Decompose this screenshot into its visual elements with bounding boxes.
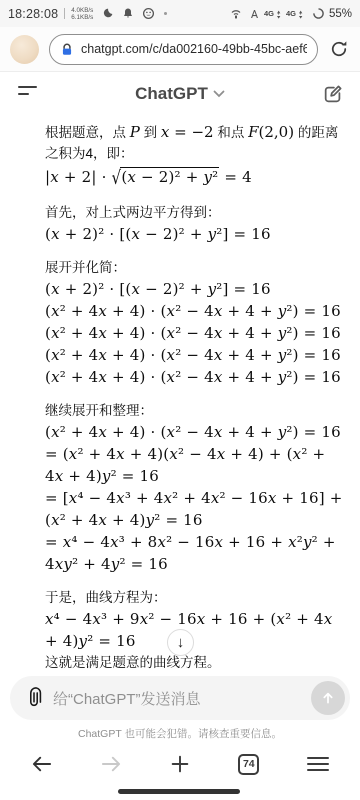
site-avatar[interactable]: [10, 35, 39, 64]
page-title: ChatGPT: [135, 84, 208, 104]
message-section: 展开并化简： (x + 2)² · [(x − 2)² + y²] = 16 (…: [45, 257, 346, 388]
sim1-signal-icon: 4G: [264, 8, 283, 20]
model-selector[interactable]: ChatGPT: [135, 84, 225, 104]
formula: (x + 2)² · [(x − 2)² + y²] = 16: [45, 278, 346, 300]
vowifi-icon: [230, 8, 242, 20]
url-text: chatgpt.com/c/da002160-49bb-45bc-aef6-cc…: [81, 42, 307, 56]
paragraph: 于是，曲线方程为：: [45, 587, 346, 608]
arrow-up-icon: [320, 690, 336, 706]
sqrt-sign: √: [112, 161, 122, 194]
paragraph: 这就是满足题意的曲线方程。: [45, 652, 346, 673]
new-tab-button[interactable]: [158, 747, 202, 781]
formula: |x + 2| · √(x − 2)² + y² = 4: [45, 164, 346, 190]
formula: (x² + 4x + 4) · (x² − 4x + 4 + y²) = 16: [45, 366, 346, 388]
formula: (x² + 4x + 4) · (x² − 4x + 4 + y²) = 16: [45, 322, 346, 344]
message-section: 于是，曲线方程为： x⁴ − 4x³ + 9x² − 16x + 16 + (x…: [45, 587, 346, 673]
browser-menu-button[interactable]: [296, 747, 340, 781]
bell-icon: [122, 7, 134, 20]
formula: = [x⁴ − 4x³ + 4x² + 4x² − 16x + 16] + (x…: [45, 487, 346, 531]
radicand: (x − 2)² + y²: [120, 167, 219, 186]
sidebar-menu-icon[interactable]: [18, 86, 38, 102]
notification-dot-icon: [164, 12, 167, 15]
paragraph: 展开并化简：: [45, 257, 346, 278]
status-bar: 18:28:08 4.0KB/s 6.1KB/s 4G 4G: [0, 0, 360, 27]
paragraph: 继续展开和整理：: [45, 400, 346, 421]
battery-icon: [312, 7, 325, 20]
message-section: 首先，对上式两边平方得到： (x + 2)² · [(x − 2)² + y²]…: [45, 202, 346, 245]
formula: (x² + 4x + 4) · (x² − 4x + 4 + y²) = 16: [45, 300, 346, 322]
smiley-icon: [142, 7, 155, 20]
back-button[interactable]: [20, 747, 64, 781]
paragraph: 根据题意，点 P 到 x = −2 和点 F(2,0) 的距离之积为4，即：: [45, 122, 346, 164]
disclaimer-text: ChatGPT 也可能会犯错。请核查重要信息。: [0, 726, 360, 741]
scroll-to-bottom-button[interactable]: ↓: [167, 629, 194, 656]
browser-url-row: chatgpt.com/c/da002160-49bb-45bc-aef6-cc…: [0, 27, 360, 72]
formula: (x + 2)² · [(x − 2)² + y²] = 16: [45, 223, 346, 245]
formula: = (x² + 4x + 4)(x² − 4x + 4) + (x² + 4x …: [45, 443, 346, 487]
volte-icon: [249, 8, 261, 20]
chatgpt-header: ChatGPT: [0, 72, 360, 116]
clock: 18:28:08: [8, 7, 58, 21]
attach-icon[interactable]: [24, 687, 44, 709]
composer-placeholder[interactable]: 给“ChatGPT”发送消息: [53, 688, 311, 709]
formula: (x² + 4x + 4) · (x² − 4x + 4 + y²) = 16: [45, 421, 346, 443]
download-speed: 6.1KB/s: [71, 14, 93, 21]
formula: = x⁴ − 4x³ + 8x² − 16x + 16 + x²y² + 4xy…: [45, 531, 346, 575]
divider: [64, 8, 65, 19]
lock-icon: [60, 42, 74, 57]
upload-speed: 4.0KB/s: [71, 7, 93, 14]
send-button[interactable]: [311, 681, 345, 715]
message-section: 继续展开和整理： (x² + 4x + 4) · (x² − 4x + 4 + …: [45, 400, 346, 575]
browser-nav-bar: 74: [0, 742, 360, 800]
formula: (x² + 4x + 4) · (x² − 4x + 4 + y²) = 16: [45, 344, 346, 366]
assistant-message: 根据题意，点 P 到 x = −2 和点 F(2,0) 的距离之积为4，即： |…: [0, 116, 360, 676]
paragraph: 首先，对上式两边平方得到：: [45, 202, 346, 223]
message-composer[interactable]: 给“ChatGPT”发送消息: [10, 676, 350, 720]
eye-mask-icon: [101, 7, 114, 20]
battery-percent: 55%: [329, 8, 352, 20]
forward-button[interactable]: [89, 747, 133, 781]
home-indicator: [118, 789, 240, 794]
tabs-button[interactable]: 74: [227, 747, 271, 781]
arrow-down-icon: ↓: [177, 634, 185, 651]
chevron-down-icon: [213, 90, 225, 98]
network-speed: 4.0KB/s 6.1KB/s: [71, 7, 93, 21]
message-section: 根据题意，点 P 到 x = −2 和点 F(2,0) 的距离之积为4，即： |…: [45, 122, 346, 190]
sim2-signal-icon: 4G: [286, 8, 305, 20]
formula: x⁴ − 4x³ + 9x² − 16x + 16 + (x² + 4x + 4…: [45, 608, 346, 652]
new-chat-button[interactable]: [322, 83, 344, 110]
tab-count: 74: [238, 754, 259, 775]
reload-button[interactable]: [328, 38, 350, 60]
address-bar[interactable]: chatgpt.com/c/da002160-49bb-45bc-aef6-cc…: [49, 34, 318, 65]
